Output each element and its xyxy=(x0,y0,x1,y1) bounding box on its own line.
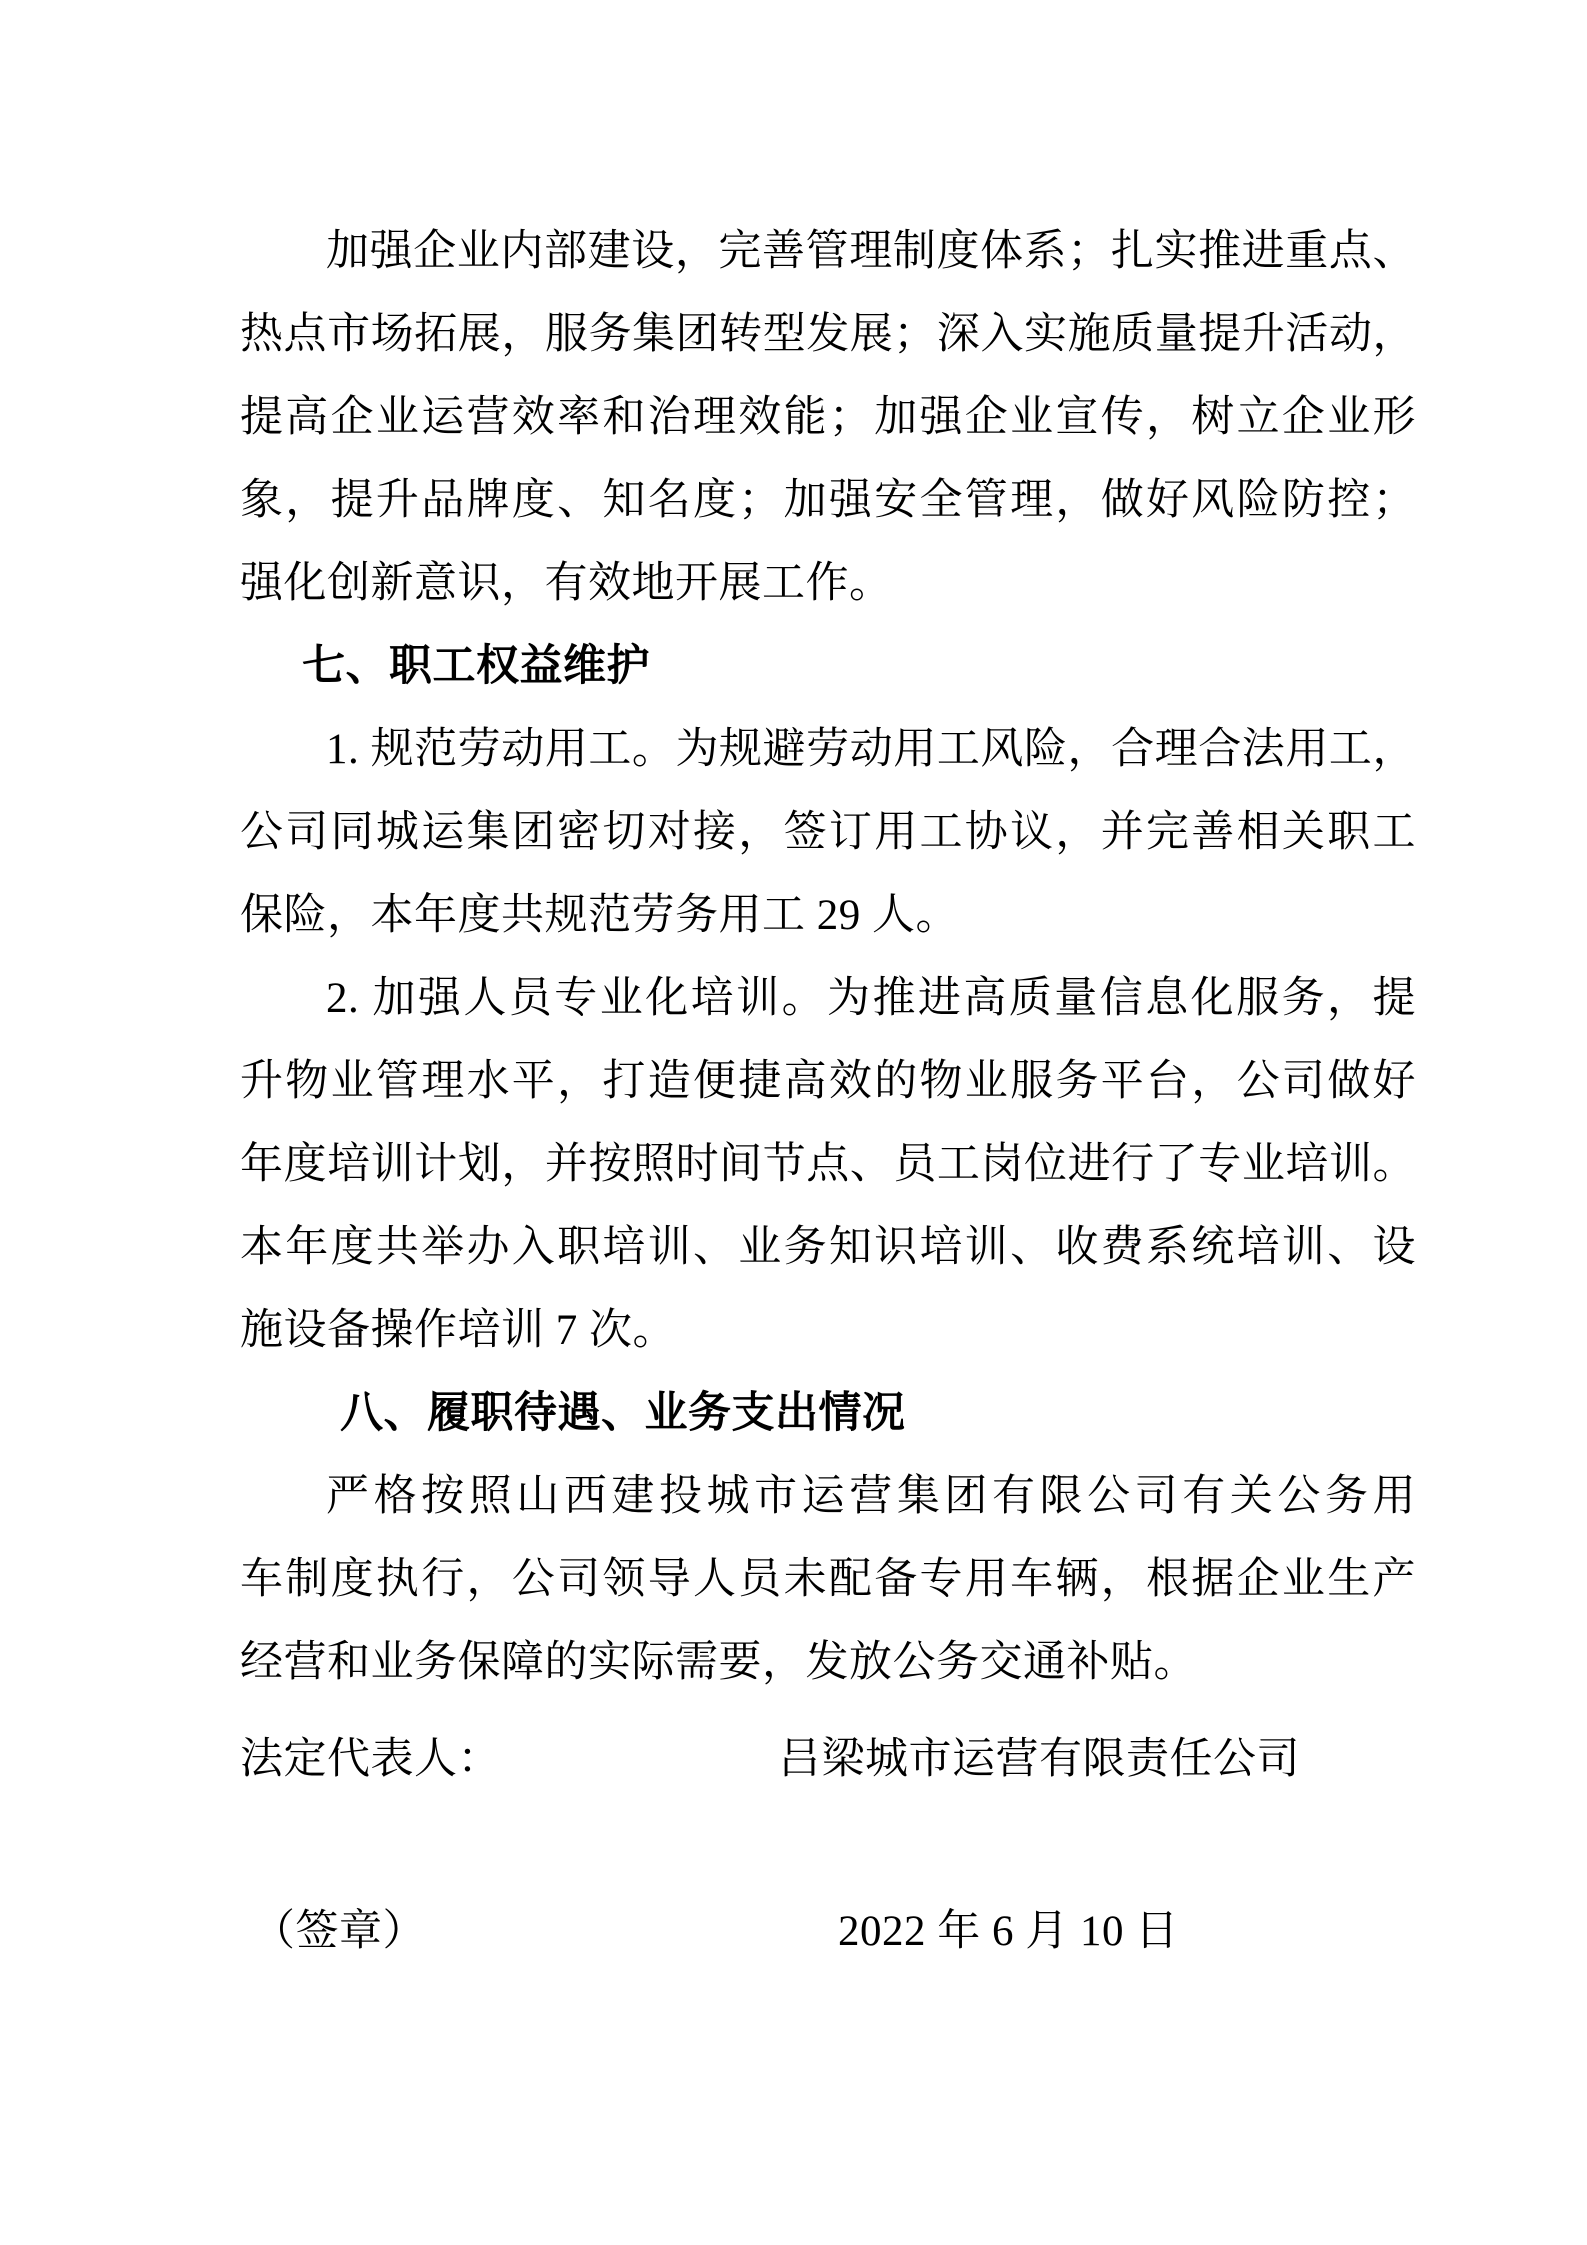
signature-row-legal-representative: 法定代表人： 吕梁城市运营有限责任公司 xyxy=(240,1730,1416,1790)
paragraph-5-line-1: 车制度执行，公司领导人员未配备专用车辆，根据企业生产 xyxy=(240,1538,1416,1621)
paragraph-5-line-2: 经营和业务保障的实际需要，发放公务交通补贴。 xyxy=(240,1621,1416,1704)
signature-row-seal-date: （签章） 2022 年 6 月 10 日 xyxy=(240,1902,1416,1962)
paragraph-2-line-0: 1. 规范劳动用工。为规避劳动用工风险，合理合法用工， xyxy=(240,708,1416,791)
section-heading-8: 八、履职待遇、业务支出情况 xyxy=(240,1372,1416,1455)
paragraph-0-line-2: 提高企业运营效率和治理效能；加强企业宣传，树立企业形 xyxy=(240,376,1416,459)
paragraph-5-line-0: 严格按照山西建投城市运营集团有限公司有关公务用 xyxy=(240,1455,1416,1538)
company-name: 吕梁城市运营有限责任公司 xyxy=(778,1730,1300,1790)
paragraph-3-line-4: 施设备操作培训 7 次。 xyxy=(240,1289,1416,1372)
paragraph-0-line-1: 热点市场拓展，服务集团转型发展；深入实施质量提升活动， xyxy=(240,293,1416,376)
document-body: 加强企业内部建设，完善管理制度体系；扎实推进重点、热点市场拓展，服务集团转型发展… xyxy=(240,210,1416,1704)
paragraph-2-line-2: 保险，本年度共规范劳务用工 29 人。 xyxy=(240,874,1416,957)
paragraph-0-line-4: 强化创新意识，有效地开展工作。 xyxy=(240,542,1416,625)
document-page: 加强企业内部建设，完善管理制度体系；扎实推进重点、热点市场拓展，服务集团转型发展… xyxy=(0,0,1587,2245)
paragraph-0-line-0: 加强企业内部建设，完善管理制度体系；扎实推进重点、 xyxy=(240,210,1416,293)
paragraph-3-line-0: 2. 加强人员专业化培训。为推进高质量信息化服务，提 xyxy=(240,957,1416,1040)
paragraph-2-line-1: 公司同城运集团密切对接，签订用工协议，并完善相关职工 xyxy=(240,791,1416,874)
paragraph-0-line-3: 象，提升品牌度、知名度；加强安全管理，做好风险防控； xyxy=(240,459,1416,542)
report-date: 2022 年 6 月 10 日 xyxy=(838,1902,1179,1962)
paragraph-3-line-3: 本年度共举办入职培训、业务知识培训、收费系统培训、设 xyxy=(240,1206,1416,1289)
section-heading-7: 七、职工权益维护 xyxy=(240,625,1416,708)
seal-label: （签章） xyxy=(252,1902,426,1962)
legal-representative-label: 法定代表人： xyxy=(240,1730,501,1790)
paragraph-3-line-1: 升物业管理水平，打造便捷高效的物业服务平台，公司做好 xyxy=(240,1040,1416,1123)
paragraph-3-line-2: 年度培训计划，并按照时间节点、员工岗位进行了专业培训。 xyxy=(240,1123,1416,1206)
